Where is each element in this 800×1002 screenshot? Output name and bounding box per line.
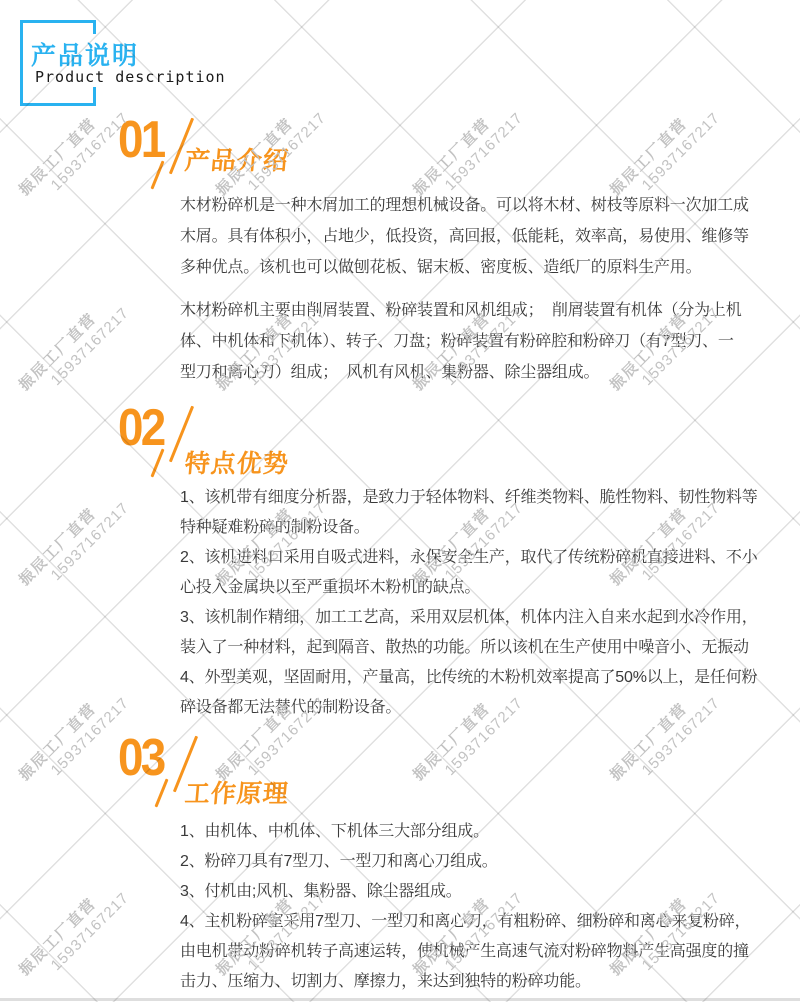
watermark-brand-text: 振辰工厂直营 (408, 79, 529, 200)
watermark-brand-text: 振辰工厂直营 (211, 79, 332, 200)
watermark-phone-text: 15937167217 (48, 874, 148, 974)
watermark-tile: 振辰工厂直营15937167217 (14, 859, 162, 1002)
product-description-page: 产品说明 Product description 01 产品介绍 木材粉碎机是一… (0, 0, 800, 1002)
section-03-principle-list: 1、由机体、中机体、下机体三大部分组成。 2、粉碎刀具有7型刀、一型刀和离心刀组… (180, 817, 780, 997)
watermark-phone-text: 15937167217 (48, 484, 148, 584)
section-01-number: 01 (118, 114, 164, 166)
section-02-feature-list: 1、该机带有细度分析器，是致力于轻体物料、纤维类物料、脆性物料、韧性物料等 特种… (180, 483, 780, 723)
section-02-number: 02 (118, 402, 164, 454)
section-01-title: 产品介绍 (183, 141, 290, 177)
watermark-phone-text: 15937167217 (442, 94, 542, 194)
watermark-phone-text: 15937167217 (48, 289, 148, 389)
section-03-number: 03 (118, 732, 164, 784)
section-01-paragraph-1: 木材粉碎机是一种木屑加工的理想机械设备。可以将木材、树枝等原料一次加工成 木屑。… (180, 190, 780, 283)
watermark-phone-text: 15937167217 (639, 94, 739, 194)
section-02-title: 特点优势 (183, 444, 290, 480)
section-03-title: 工作原理 (183, 774, 290, 810)
header-title-en: Product description (35, 67, 232, 87)
watermark-brand-text: 振辰工厂直营 (14, 859, 135, 980)
watermark-brand-text: 振辰工厂直营 (14, 274, 135, 395)
bottom-divider (0, 998, 800, 1001)
watermark-tile: 振辰工厂直营15937167217 (14, 469, 162, 617)
watermark-brand-text: 振辰工厂直营 (14, 664, 135, 785)
watermark-brand-text: 振辰工厂直营 (605, 79, 726, 200)
section-01-paragraph-2: 木材粉碎机主要由削屑装置、粉碎装置和风机组成； 削屑装置有机体（分为上机 体、中… (180, 295, 780, 388)
watermark-brand-text: 振辰工厂直营 (14, 469, 135, 590)
